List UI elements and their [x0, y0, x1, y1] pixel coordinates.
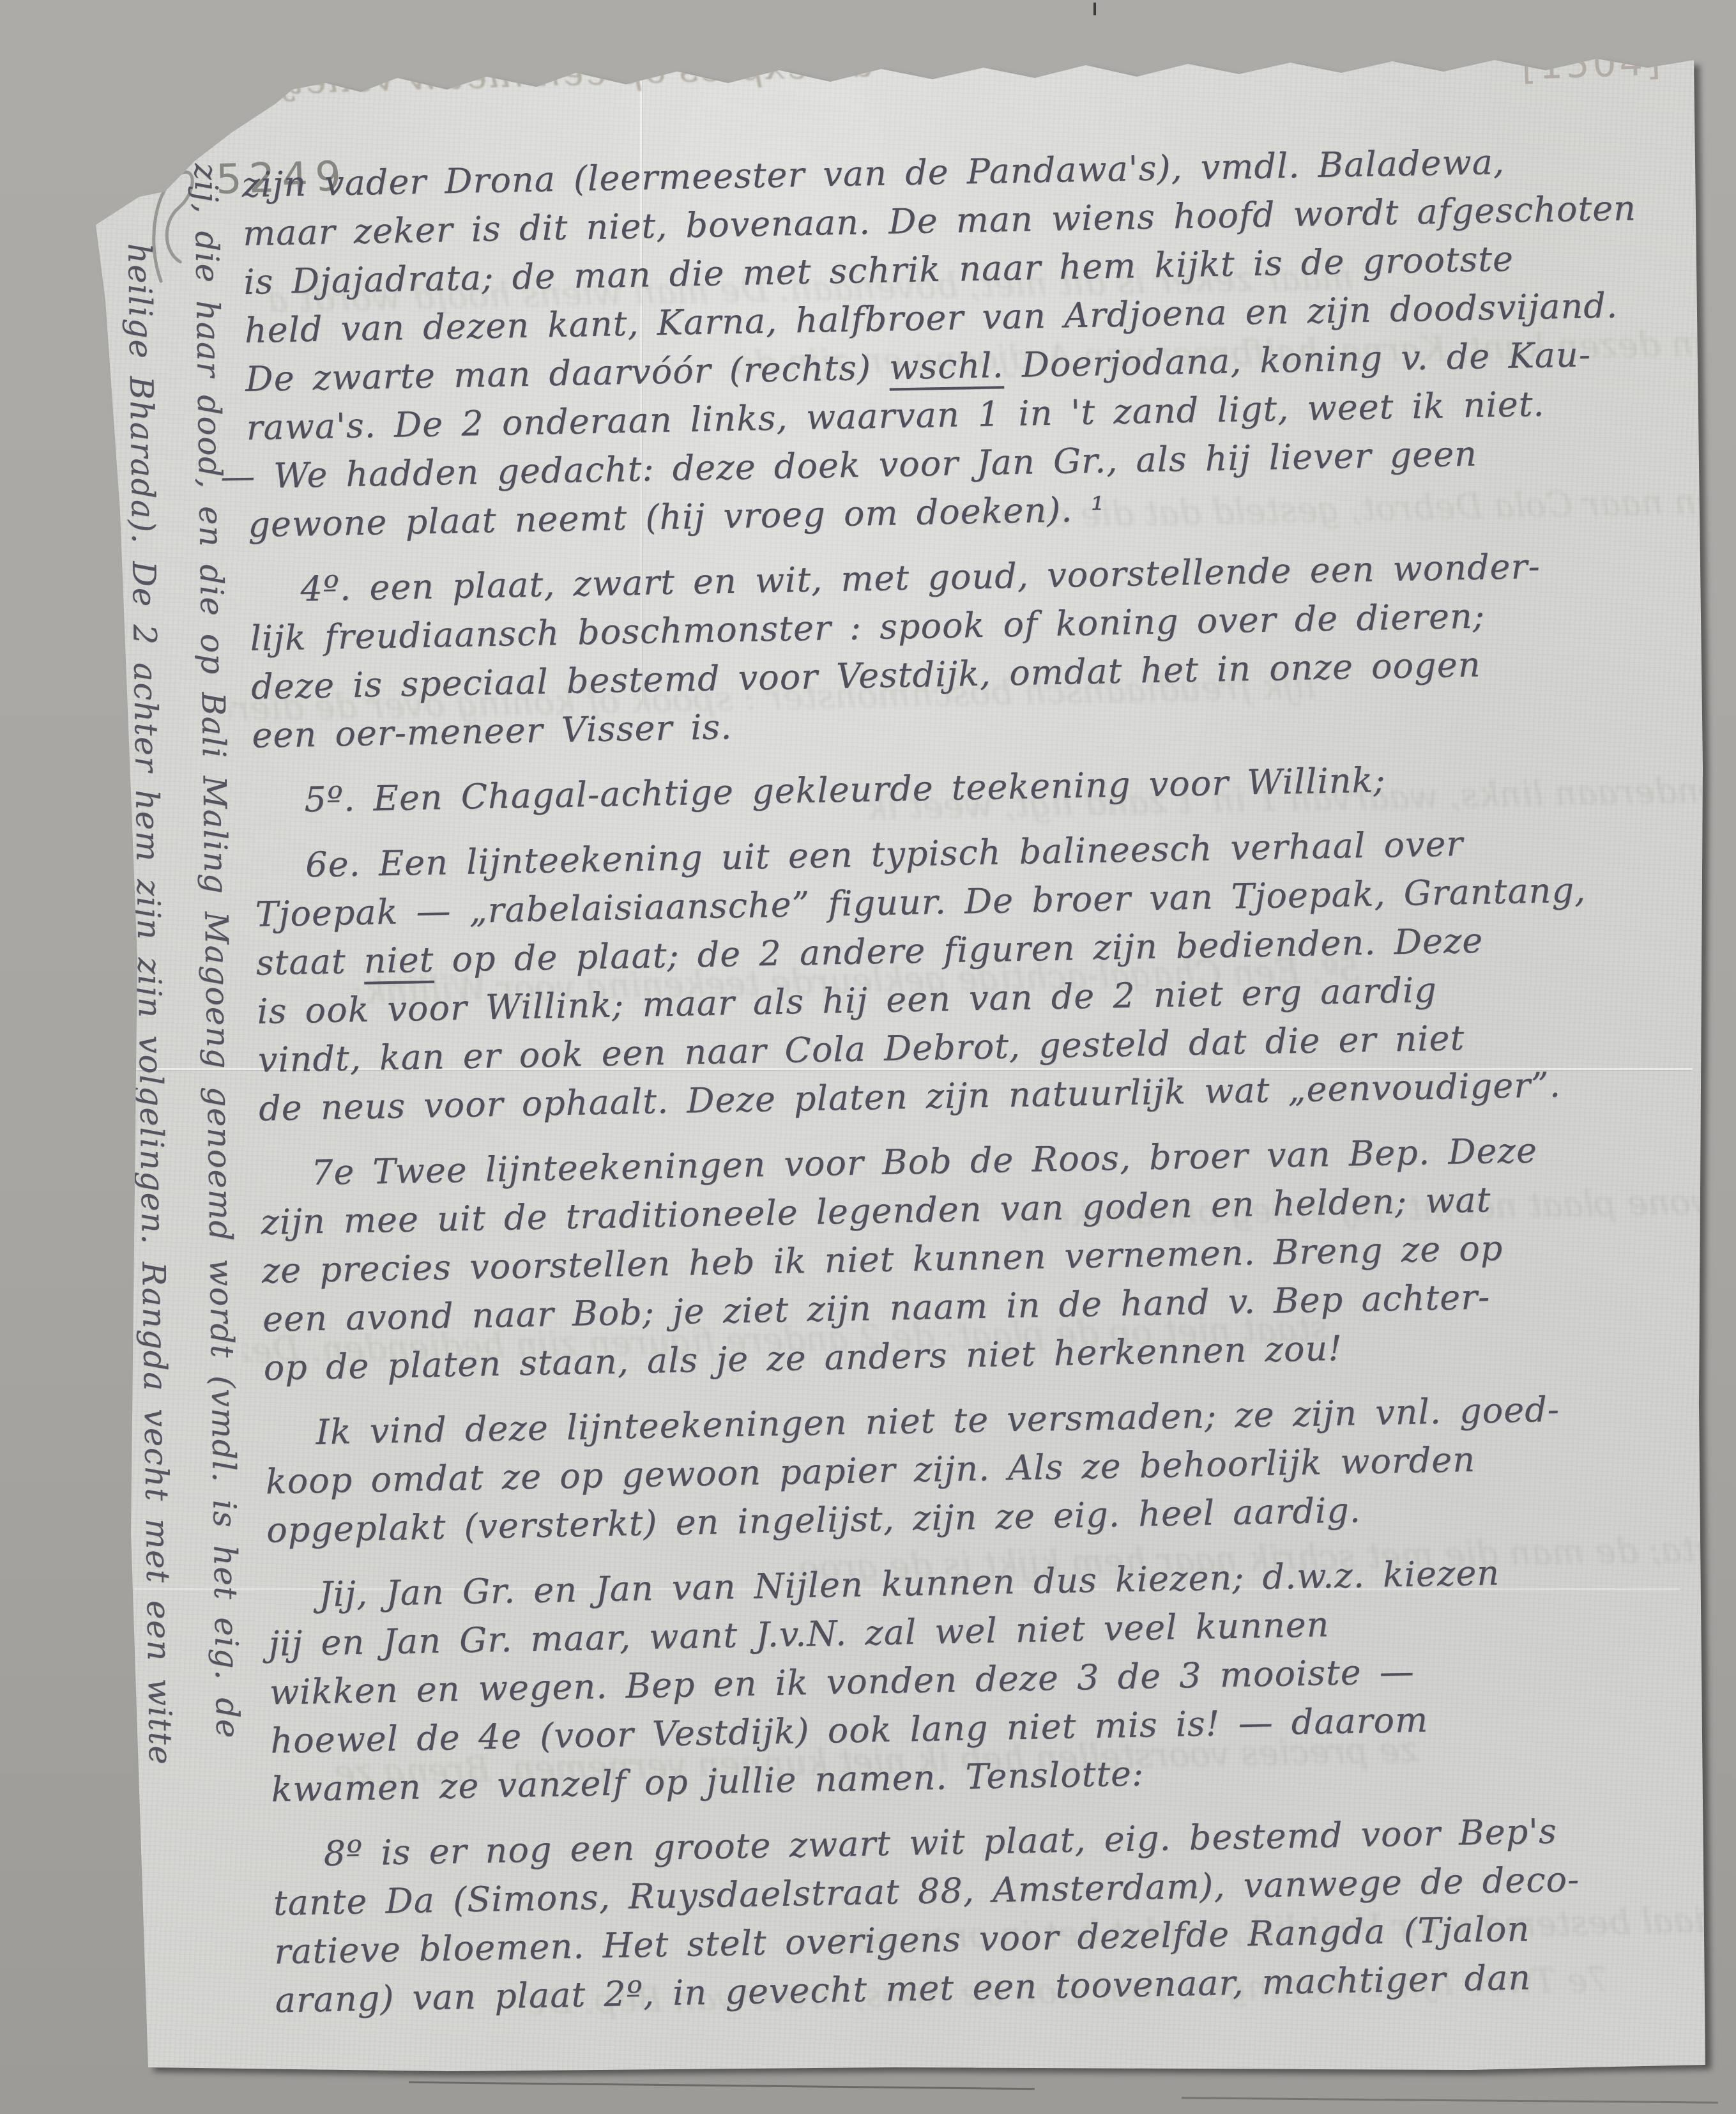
bleedthrough-text: dit expres op een nieuw velletje, dan — [143, 31, 873, 123]
letter-body: zijn vader Drona (leermeester van de Pan… — [241, 134, 1725, 2025]
paragraph: 6e. Een lijnteekening uit een typisch ba… — [254, 815, 1709, 1133]
paper-shadow-wrap: dit expres op een nieuw velletje, dan ma… — [0, 0, 1736, 2114]
scan-artifact-tick — [1093, 3, 1096, 15]
paragraph: zijn vader Drona (leermeester van de Pan… — [241, 134, 1698, 549]
margin-line: heilige Bharada). De 2 achter hem zijn z… — [120, 243, 179, 1766]
paragraph: 5º. Een Chagal-achtige gekleurde teekeni… — [253, 750, 1703, 825]
paragraph: 7e Twee lijnteekeningen voor Bob de Roos… — [259, 1123, 1714, 1393]
corner-number-pencil: [1504] — [1521, 40, 1664, 88]
paragraph: Jij, Jan Gr. en Jan van Nijlen kunnen du… — [267, 1545, 1721, 1814]
margin-line: zij, die haar dood, en die op Bali Malin… — [187, 163, 247, 1739]
paragraph: Ik vind deze lijnteekeningen niet te ver… — [264, 1383, 1717, 1555]
paragraph: 8º is er nog een groote zwart wit plaat,… — [272, 1804, 1725, 2025]
letter-line: 5º. Een Chagal-achtige gekleurde teekeni… — [253, 750, 1703, 825]
letter-paper: dit expres op een nieuw velletje, dan ma… — [0, 0, 1736, 2114]
scanned-letter-page: dit expres op een nieuw velletje, dan ma… — [0, 0, 1736, 2114]
paragraph: 4º. een plaat, zwart en wit, met goud, v… — [249, 539, 1702, 760]
margin-line: tooverdoek, de andere heeft een kris. De… — [52, 275, 114, 1901]
